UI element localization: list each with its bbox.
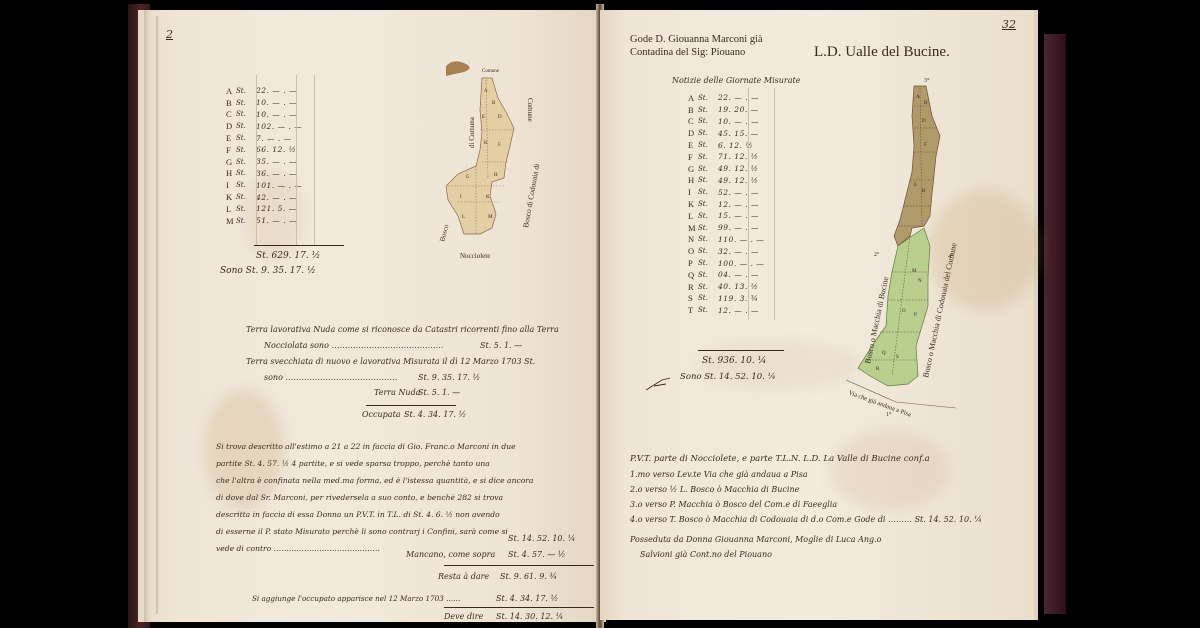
table-row: BSt.10. — . — <box>226 97 320 109</box>
page-edge <box>156 16 158 614</box>
ink-stain <box>446 61 470 76</box>
water-stain <box>830 430 950 510</box>
svg-text:D: D <box>922 119 926 124</box>
left-page: 2 ASt.22. — . — BSt.10. — . — CSt.10. — … <box>138 10 606 622</box>
table-row: GSt.35. — . — <box>226 156 320 168</box>
parcel-shape <box>446 78 514 234</box>
svg-text:3°: 3° <box>924 77 930 84</box>
svg-text:Comune: Comune <box>482 69 500 74</box>
svg-text:S: S <box>896 355 899 360</box>
svg-text:Comune: Comune <box>526 98 534 122</box>
table-row: RSt.40. 13. ½ <box>688 281 782 293</box>
table-row: SSt.119. 3. ¾ <box>688 293 782 305</box>
svg-text:H: H <box>922 189 926 194</box>
svg-text:M: M <box>912 269 917 274</box>
open-book: 2 ASt.22. — . — BSt.10. — . — CSt.10. — … <box>128 4 1072 628</box>
table-row: FSt.71. 12. ½ <box>688 151 782 163</box>
table-row: HSt.36. — . — <box>226 168 320 180</box>
svg-text:D: D <box>498 115 502 120</box>
table-row: MSt.51. — . — <box>226 215 320 227</box>
table-title: Notizie delle Giornate Misurate <box>672 76 800 85</box>
svg-text:4°: 4° <box>948 253 954 260</box>
table-row: KSt.42. — . — <box>226 191 320 203</box>
table-sono: Sono St. 14. 52. 10. ¼ <box>680 372 776 382</box>
table-sono: Sono St. 9. 35. 17. ½ <box>220 266 316 276</box>
table-row: ASt.22. — . — <box>226 85 320 97</box>
svg-text:M: M <box>488 215 493 220</box>
svg-text:A: A <box>484 89 488 94</box>
parcel-table: ASt.22. — . — BSt.19. 20. — CSt.10. — . … <box>688 92 782 316</box>
table-row: LSt.121. 5. — <box>226 203 320 215</box>
table-row: PSt.100. — . — <box>688 257 782 269</box>
table-row: ISt.101. — . — <box>226 179 320 191</box>
table-row: QSt.04. — . — <box>688 269 782 281</box>
svg-text:Via che già andaua a Pisa: Via che già andaua a Pisa <box>847 389 912 418</box>
book-cover-right <box>1044 34 1066 614</box>
table-row: OSt.32. — . — <box>688 245 782 257</box>
svg-text:Bosco: Bosco <box>438 223 450 242</box>
svg-text:E: E <box>482 115 485 120</box>
parcel-map: ABED KFGH IKLM Comune di Comuna Comune B… <box>436 58 566 273</box>
svg-text:G: G <box>914 183 918 188</box>
table-row: GSt.49. 12. ½ <box>688 163 782 175</box>
svg-text:P: P <box>914 313 917 318</box>
table-row: TSt.12. — . — <box>688 304 782 316</box>
table-row: ESt.7. — . — <box>226 132 320 144</box>
page-number: 2 <box>166 28 173 41</box>
table-row: HSt.49. 12. ½ <box>688 175 782 187</box>
table-row: KSt.12. — . — <box>688 198 782 210</box>
table-row: FSt.66. 12. ½ <box>226 144 320 156</box>
table-row: DSt.45. 15. — <box>688 127 782 139</box>
svg-text:Bosco di Codouaia di: Bosco di Codouaia di <box>521 163 541 228</box>
svg-text:L: L <box>462 215 465 220</box>
svg-text:1°: 1° <box>886 411 892 418</box>
table-row: CSt.10. — . — <box>226 109 320 121</box>
table-row: LSt.15. — . — <box>688 210 782 222</box>
table-row: BSt.19. 20. — <box>688 104 782 116</box>
svg-text:A: A <box>916 95 920 100</box>
svg-text:N: N <box>918 279 922 284</box>
table-row: CSt.10. — . — <box>688 116 782 128</box>
svg-text:Q: Q <box>882 351 886 356</box>
table-total: St. 936. 10. ¼ <box>702 356 766 366</box>
pointing-hand-icon <box>644 374 674 394</box>
table-total: St. 629. 17. ½ <box>256 251 320 261</box>
table-row: DSt.102. — . — <box>226 120 320 132</box>
page-number: 32 <box>1002 18 1016 31</box>
svg-text:G: G <box>466 175 470 180</box>
svg-text:2°: 2° <box>874 251 880 258</box>
svg-text:O: O <box>902 309 906 314</box>
svg-text:K: K <box>486 195 490 200</box>
svg-text:H: H <box>494 173 498 178</box>
svg-text:Nocciolete: Nocciolete <box>460 252 490 260</box>
table-row: ESt.6. 12. ½ <box>688 139 782 151</box>
svg-text:K: K <box>484 141 488 146</box>
table-row: ASt.22. — . — <box>688 92 782 104</box>
table-row: MSt.99. — . — <box>688 222 782 234</box>
table-row: ISt.52. — . — <box>688 186 782 198</box>
page-title: L.D. Ualle del Bucine. <box>814 44 950 61</box>
svg-text:F: F <box>924 143 927 148</box>
parcel-table: ASt.22. — . — BSt.10. — . — CSt.10. — . … <box>226 85 320 227</box>
table-row: NSt.110. — . — <box>688 234 782 246</box>
owner-line-1: Gode D. Giouanna Marconi già <box>630 34 763 45</box>
brown-parcels <box>894 86 940 246</box>
right-page: 32 Gode D. Giouanna Marconi già Contadin… <box>600 10 1038 620</box>
svg-text:di Comuna: di Comuna <box>468 116 476 148</box>
parcel-map: ABD FHG MNO PQSR 3° Bosco o Macchia di B… <box>836 76 996 416</box>
owner-line-2: Contadina del Sig: Piouano <box>630 47 745 58</box>
svg-text:F: F <box>498 143 501 148</box>
